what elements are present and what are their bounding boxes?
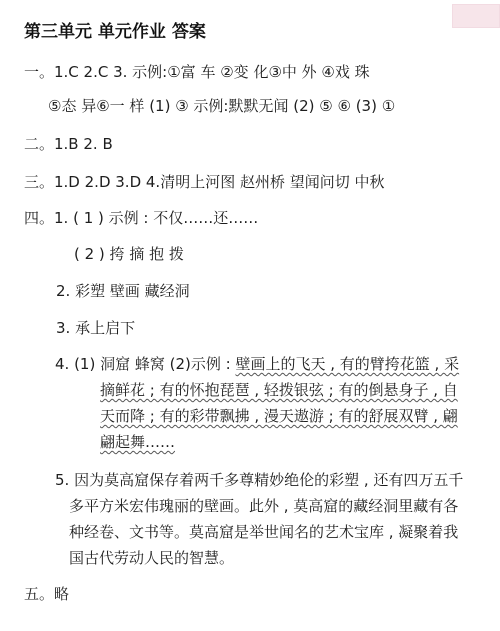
section-4-q4-line-1: 4. (1) 洞窟 蜂窝 (2)示例 : 壁画上的飞天 , 有的臂挎花篮 , 采	[55, 354, 459, 374]
q4-prefix: 4. (1) 洞窟 蜂窝 (2)示例 :	[55, 355, 235, 373]
section-4-q4-line-2: 摘鲜花 ; 有的怀抱琵琶 , 轻拨银弦 ; 有的倒悬身子 , 自	[100, 380, 458, 400]
section-4-q5-line-1: 5. 因为莫高窟保存着两千多尊精妙绝伦的彩塑 , 还有四万五千	[55, 470, 463, 490]
section-4-q5-line-4: 国古代劳动人民的智慧。	[69, 548, 234, 568]
section-4-q4-line-3: 天而降 ; 有的彩带飘拂 , 漫天遨游 ; 有的舒展双臂 , 翩	[100, 406, 458, 426]
section-1-line-1: 一。1.C 2.C 3. 示例:①富 车 ②变 化③中 外 ④戏 珠	[24, 62, 370, 82]
section-4-q5-line-3: 种经卷、文书等。莫高窟是举世闻名的艺术宝库 , 凝聚着我	[69, 522, 458, 542]
section-3-line-1: 三。1.D 2.D 3.D 4.清明上河图 赵州桥 望闻问切 中秋	[24, 172, 385, 192]
section-4-q1-2: ( 2 ) 挎 摘 抱 拨	[74, 244, 184, 264]
section-4-q3: 3. 承上启下	[56, 318, 135, 338]
q4-example-start: 壁画上的飞天 , 有的臂挎花篮 , 采	[235, 355, 459, 373]
section-1-line-2: ⑤态 异⑥一 样 (1) ③ 示例:默默无闻 (2) ⑤ ⑥ (3) ①	[48, 96, 395, 116]
page-title: 第三单元 单元作业 答案	[24, 22, 206, 42]
section-4-q1-1: 四。1. ( 1 ) 示例 : 不仅……还……	[24, 208, 258, 228]
section-4-q2: 2. 彩塑 壁画 藏经洞	[56, 281, 190, 301]
section-5-line-1: 五。略	[24, 584, 69, 604]
section-4-q5-line-2: 多平方米宏伟瑰丽的壁画。此外 , 莫高窟的藏经洞里藏有各	[69, 496, 458, 516]
section-2-line-1: 二。1.B 2. B	[24, 134, 113, 154]
watermark	[452, 4, 500, 28]
section-4-q4-line-4: 翩起舞……	[100, 432, 175, 452]
